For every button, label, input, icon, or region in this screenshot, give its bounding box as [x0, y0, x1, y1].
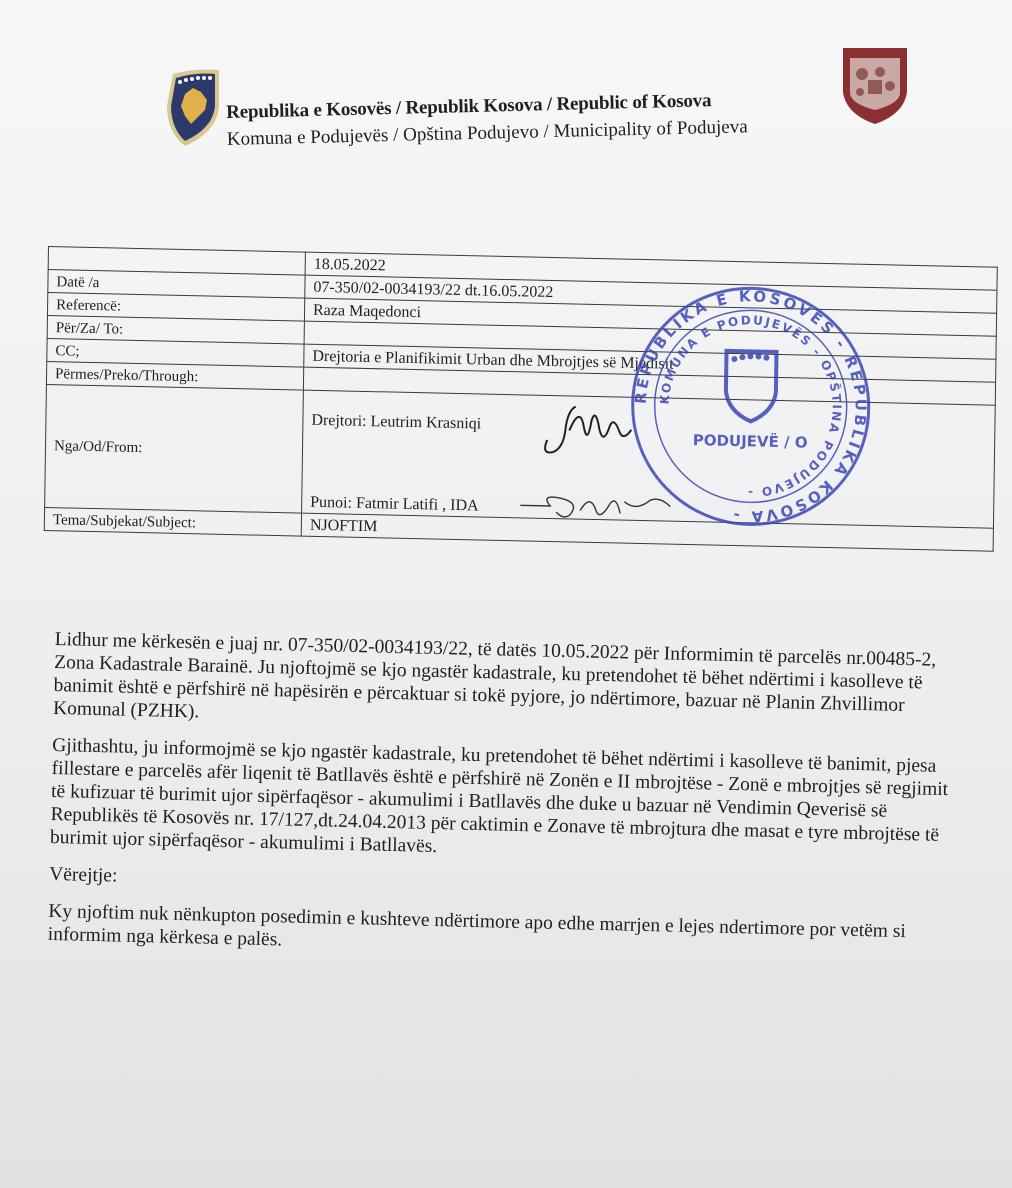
from-cell: Drejtori: Leutrim Krasniqi Punoi: Fatmir…: [302, 390, 996, 528]
document-info-table: 18.05.2022 Datë /a 07-350/02-0034193/22 …: [44, 246, 998, 552]
body-paragraph-1: Lidhur me kërkesën e juaj nr. 07-350/02-…: [53, 628, 955, 741]
podujeva-municipal-crest-icon: [840, 44, 910, 126]
table-row-from: Nga/Od/From: Drejtori: Leutrim Krasniqi …: [45, 384, 996, 528]
subject-label: Tema/Subjekat/Subject:: [44, 507, 301, 536]
from-label: Nga/Od/From:: [45, 384, 304, 513]
from-director: Drejtori: Leutrim Krasniqi: [311, 411, 481, 435]
letter-body: Lidhur me kërkesën e juaj nr. 07-350/02-…: [47, 628, 955, 981]
note-text: Ky njoftim nuk nënkupton posedimin e kus…: [48, 900, 949, 967]
from-worker: Punoi: Fatmir Latifi , IDA: [310, 493, 479, 517]
kosovo-coat-of-arms-icon: [163, 66, 223, 148]
document-page: Republika e Kosovës / Republik Kosova / …: [0, 0, 1012, 1188]
note-label: Vërejtje:: [49, 863, 949, 907]
director-signature-icon: [539, 400, 650, 462]
body-paragraph-2: Gjithashtu, ju informojmë se kjo ngastër…: [50, 734, 952, 870]
letterhead: Republika e Kosovës / Republik Kosova / …: [226, 87, 827, 151]
